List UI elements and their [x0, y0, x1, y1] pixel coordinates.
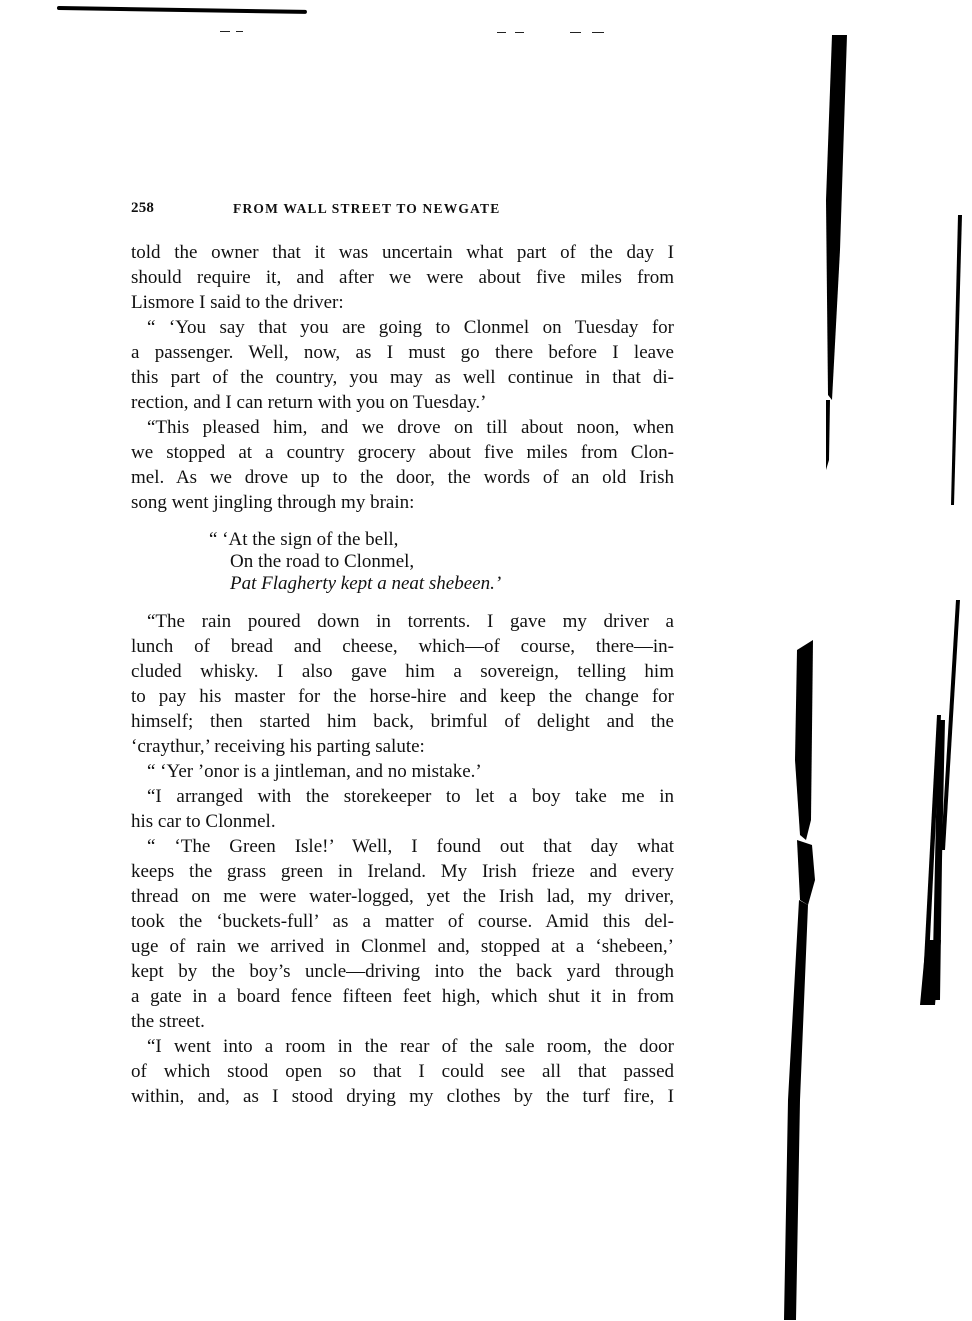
text-line: mel. As we drove up to the door, the wor… [131, 465, 674, 490]
text-line: kept by the boy’s uncle—driving into the… [131, 959, 674, 984]
text-line: this part of the country, you may as wel… [131, 365, 674, 390]
paragraph: told the owner that it was uncertain wha… [131, 240, 674, 315]
text-line: song went jingling through my brain: [131, 490, 674, 515]
paragraph: “ ‘The Green Isle!’ Well, I found out th… [131, 834, 674, 1034]
paragraph: “The rain poured down in torrents. I gav… [131, 609, 674, 759]
text-line: uge of rain we arrived in Clonmel and, s… [131, 934, 674, 959]
text-line: should require it, and after we were abo… [131, 265, 674, 290]
text-line: “ ‘Yer ’onor is a jintleman, and no mist… [131, 759, 674, 784]
running-head: FROM WALL STREET TO NEWGATE [233, 201, 500, 217]
text-line: rection, and I can return with you on Tu… [131, 390, 674, 415]
text-line: keeps the grass green in Ireland. My Iri… [131, 859, 674, 884]
text-line: “This pleased him, and we drove on till … [131, 415, 674, 440]
paragraph: “I arranged with the storekeeper to let … [131, 784, 674, 834]
paragraph: “ ‘You say that you are going to Clonmel… [131, 315, 674, 415]
verse-line: Pat Flagherty kept a neat shebeen.’ [209, 573, 674, 595]
text-line: thread on me were water-logged, yet the … [131, 884, 674, 909]
text-line: we stopped at a country grocery about fi… [131, 440, 674, 465]
body-text: told the owner that it was uncertain wha… [131, 240, 674, 1109]
text-line: the street. [131, 1009, 674, 1034]
text-line: told the owner that it was uncertain wha… [131, 240, 674, 265]
text-line: ‘craythur,’ receiving his parting salute… [131, 734, 674, 759]
text-line: a passenger. Well, now, as I must go the… [131, 340, 674, 365]
text-line: lunch of bread and cheese, which—of cour… [131, 634, 674, 659]
text-line: “I went into a room in the rear of the s… [131, 1034, 674, 1059]
text-line: “ ‘The Green Isle!’ Well, I found out th… [131, 834, 674, 859]
text-line: “I arranged with the storekeeper to let … [131, 784, 674, 809]
text-line: took the ‘buckets-full’ as a matter of c… [131, 909, 674, 934]
text-line: cluded whisky. I also gave him a soverei… [131, 659, 674, 684]
paragraph: “This pleased him, and we drove on till … [131, 415, 674, 515]
text-line: a gate in a board fence fifteen feet hig… [131, 984, 674, 1009]
paragraph: “ ‘Yer ’onor is a jintleman, and no mist… [131, 759, 674, 784]
text-line: Lismore I said to the driver: [131, 290, 674, 315]
verse-line: “ ‘At the sign of the bell, [209, 529, 674, 551]
text-line: “ ‘You say that you are going to Clonmel… [131, 315, 674, 340]
paragraph: “I went into a room in the rear of the s… [131, 1034, 674, 1109]
page-number: 258 [131, 200, 154, 217]
text-line: within, and, as I stood drying my clothe… [131, 1084, 674, 1109]
song-verse: “ ‘At the sign of the bell, On the road … [131, 529, 674, 595]
text-line: of which stood open so that I could see … [131, 1059, 674, 1084]
verse-line: On the road to Clonmel, [209, 551, 674, 573]
text-line: himself; then started him back, brimful … [131, 709, 674, 734]
page-header: 258 FROM WALL STREET TO NEWGATE [131, 200, 676, 220]
text-line: his car to Clonmel. [131, 809, 674, 834]
text-line: to pay his master for the horse-hire and… [131, 684, 674, 709]
text-line: “The rain poured down in torrents. I gav… [131, 609, 674, 634]
